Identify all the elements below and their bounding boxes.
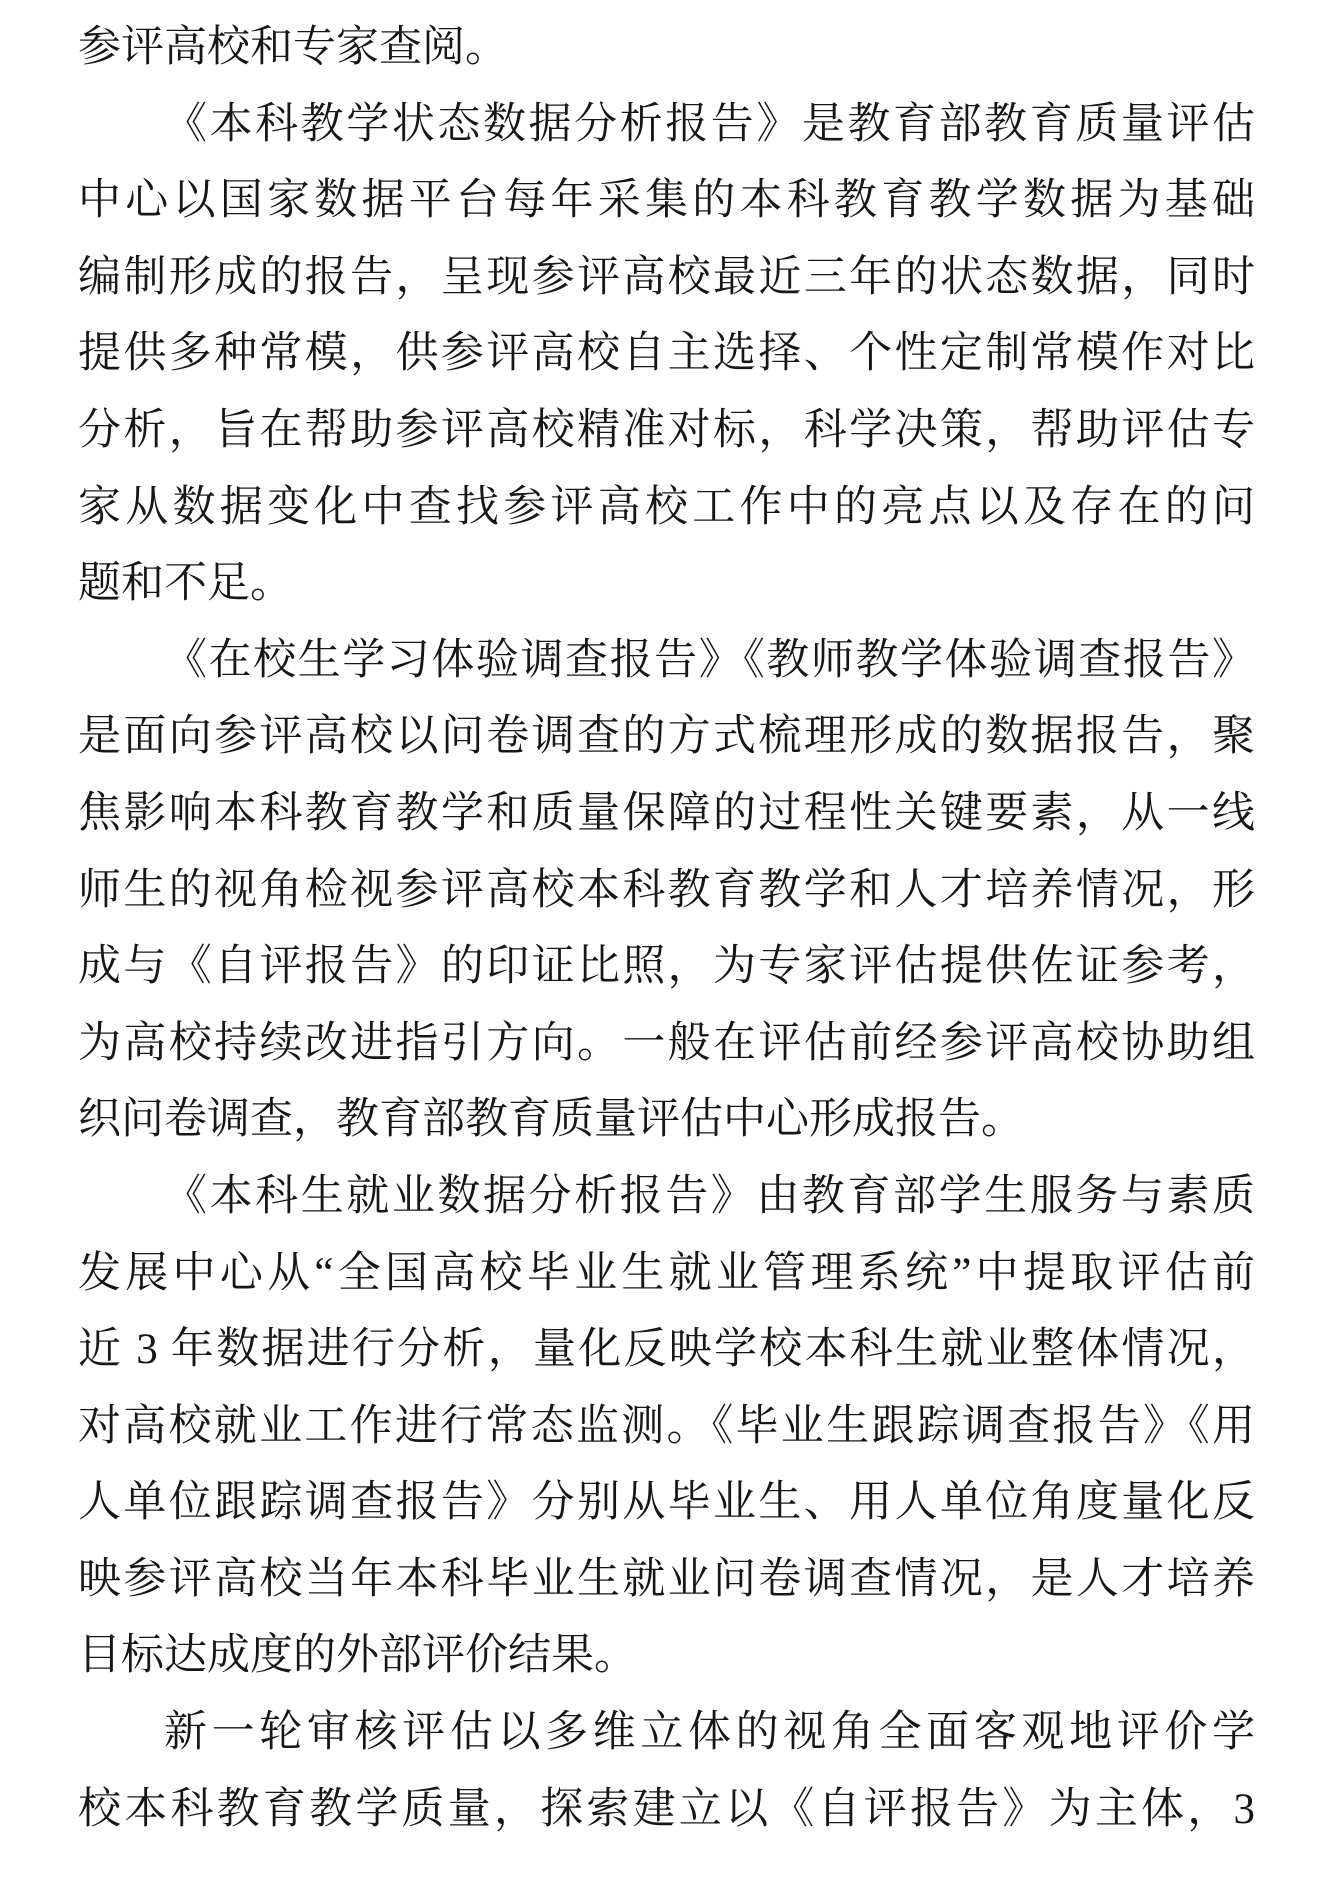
text-line: 织问卷调查，教育部教育质量评估中心形成报告。: [78, 1082, 1255, 1159]
text-line: 参评高校和专家查阅。: [78, 10, 1255, 87]
text-line: 中心以国家数据平台每年采集的本科教育教学数据为基础: [78, 163, 1255, 240]
text-line: 校本科教育教学质量，探索建立以《自评报告》为主体，3: [78, 1772, 1255, 1849]
text-line: 对高校就业工作进行常态监测。《毕业生跟踪调查报告》《用: [78, 1389, 1255, 1466]
text-line: 师生的视角检视参评高校本科教育教学和人才培养情况，形: [78, 853, 1255, 930]
text-line: 家从数据变化中查找参评高校工作中的亮点以及存在的问: [78, 470, 1255, 547]
text-line: 为高校持续改进指引方向。一般在评估前经参评高校协助组: [78, 1006, 1255, 1083]
text-line: 是面向参评高校以问卷调查的方式梳理形成的数据报告，聚: [78, 699, 1255, 776]
text-line: 提供多种常模，供参评高校自主选择、个性定制常模作对比: [78, 316, 1255, 393]
document-page: 参评高校和专家查阅。《本科教学状态数据分析报告》是教育部教育质量评估中心以国家数…: [0, 0, 1323, 1885]
text-line: 编制形成的报告，呈现参评高校最近三年的状态数据，同时: [78, 240, 1255, 317]
text-line: 《本科生就业数据分析报告》由教育部学生服务与素质: [78, 1159, 1255, 1236]
text-line: 分析，旨在帮助参评高校精准对标，科学决策，帮助评估专: [78, 393, 1255, 470]
text-line: 成与《自评报告》的印证比照，为专家评估提供佐证参考，: [78, 929, 1255, 1006]
text-line: 题和不足。: [78, 546, 1255, 623]
text-line: 目标达成度的外部评价结果。: [78, 1618, 1255, 1695]
text-line: 新一轮审核评估以多维立体的视角全面客观地评价学: [78, 1695, 1255, 1772]
text-line: 《在校生学习体验调查报告》《教师教学体验调查报告》: [78, 623, 1255, 700]
text-line: 焦影响本科教育教学和质量保障的过程性关键要素，从一线: [78, 776, 1255, 853]
text-line: 映参评高校当年本科毕业生就业问卷调查情况，是人才培养: [78, 1542, 1255, 1619]
text-line: 近 3 年数据进行分析，量化反映学校本科生就业整体情况，: [78, 1312, 1255, 1389]
document-body: 参评高校和专家查阅。《本科教学状态数据分析报告》是教育部教育质量评估中心以国家数…: [78, 10, 1255, 1848]
text-line: 人单位跟踪调查报告》分别从毕业生、用人单位角度量化反: [78, 1465, 1255, 1542]
text-line: 发展中心从“全国高校毕业生就业管理系统”中提取评估前: [78, 1236, 1255, 1313]
text-line: 《本科教学状态数据分析报告》是教育部教育质量评估: [78, 87, 1255, 164]
